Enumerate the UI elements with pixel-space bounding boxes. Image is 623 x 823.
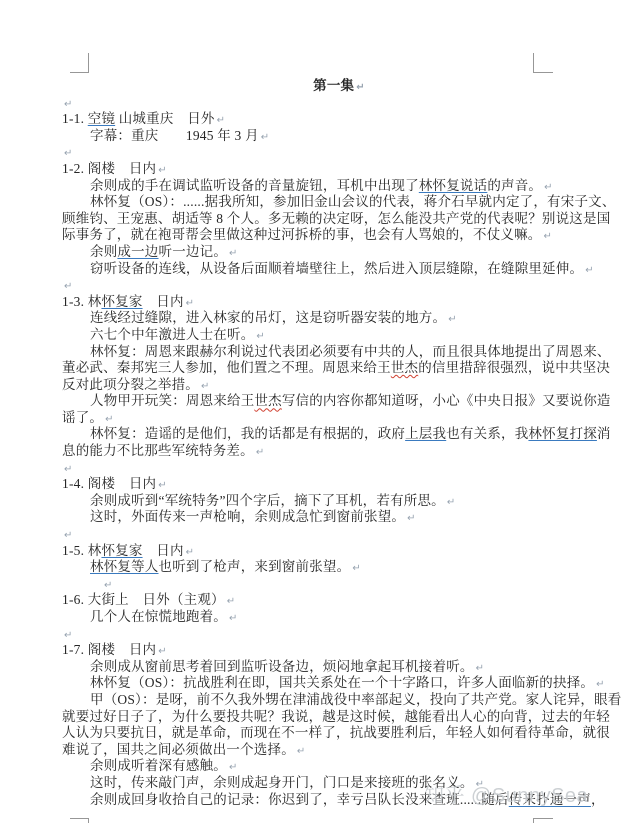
script-line: ↵: [62, 95, 616, 112]
paragraph-mark-icon: ↵: [105, 414, 114, 425]
script-text: 谣了。: [62, 410, 103, 425]
script-text: 1-7. 阁楼 日内: [62, 642, 156, 657]
script-text: 的信里措辞很强烈，说中共坚决: [418, 360, 610, 375]
script-text: 余则: [90, 244, 117, 259]
script-line: ↵: [62, 526, 616, 543]
paragraph-mark-icon: ↵: [227, 596, 236, 607]
script-line: 余则成一边听一边记。↵: [62, 244, 616, 261]
script-text-blue-underlined: 林怀复说话: [419, 178, 488, 193]
paragraph-mark-icon: ↵: [64, 148, 73, 159]
paragraph-mark-icon: ↵: [297, 746, 306, 757]
script-text-blue-underlined: 林怀复打探: [528, 426, 597, 441]
script-line: 余则成听着深有感触。↵: [62, 758, 616, 775]
paragraph-mark-icon: ↵: [104, 580, 113, 591]
script-line: 余则成听到“军统特务”四个字后，摘下了耳机，若有所思。↵: [62, 493, 616, 510]
script-line: ↵: [62, 277, 616, 294]
script-text: 这时，外面传来一声枪响，余则成急忙到窗前张望。: [90, 509, 405, 524]
script-text: 字幕：重庆 1945 年 3 月: [90, 128, 259, 143]
script-text: 也有关系，我: [446, 426, 528, 441]
paragraph-mark-icon: ↵: [261, 132, 270, 143]
script-text: 消: [597, 426, 611, 441]
script-text-blue-underlined: 怀复家: [101, 543, 142, 558]
script-line: 林怀复：造谣的是他们，我的话都是有根据的，政府上层我也有关系，我林怀复打探消: [62, 426, 616, 443]
script-text: 几个人在惊慌地跑着。: [90, 609, 227, 624]
script-line: ↵: [62, 576, 616, 593]
script-line: 林怀复等人也听到了枪声，来到窗前张望。↵: [62, 559, 616, 576]
script-line: 谣了。↵: [62, 410, 616, 427]
document-page: 第一集↵↵1-1. 空镜 山城重庆 日外↵字幕：重庆 1945 年 3 月↵↵1…: [0, 0, 623, 823]
script-line: 第一集↵: [62, 78, 616, 95]
script-text: 难说了，国共之间必须做出一个选择。: [62, 742, 295, 757]
script-text-blue-underlined: 怀复家: [101, 294, 142, 309]
paragraph-mark-icon: ↵: [585, 265, 594, 276]
paragraph-mark-icon: ↵: [229, 248, 238, 259]
script-line: 人认为只要抗日，就是革命，而现在不一样了，抗战要胜利后，年轻人如何看待革命，就很: [62, 725, 616, 742]
script-line: 就要过好日子了，为什么要投共呢？我说，越是这时候，越能看出人心的向背，过去的年轻: [62, 709, 616, 726]
script-text-body: 第一集↵↵1-1. 空镜 山城重庆 日外↵字幕：重庆 1945 年 3 月↵↵1…: [62, 78, 616, 808]
paragraph-mark-icon: ↵: [64, 99, 73, 110]
crop-mark-bottom-right-icon: [533, 818, 553, 823]
crop-mark-top-left-icon: [70, 53, 89, 73]
script-text: 1-4. 阁楼 日内: [62, 476, 156, 491]
script-text: 连线经过缝隙，进入林家的吊灯，这是窃听器安装的地方。: [90, 310, 446, 325]
paragraph-mark-icon: ↵: [476, 663, 485, 674]
paragraph-mark-icon: ↵: [201, 381, 210, 392]
script-line: 1-3. 林怀复家 日内↵: [62, 294, 616, 311]
script-text: 董必武、秦邦宪三人参加，他们置之不理。周恩来给王: [62, 360, 391, 375]
script-text: 际事务了，就在袍哥帮会里做这种过河拆桥的事，也会有人骂娘的，不仗义嘛。: [62, 227, 542, 242]
script-line: 六七个中年激进人士在听。↵: [62, 327, 616, 344]
paragraph-mark-icon: ↵: [596, 679, 605, 690]
script-text: 的声音。: [487, 178, 542, 193]
script-text: 1-2. 阁楼 日内: [62, 161, 156, 176]
paragraph-mark-icon: ↵: [352, 563, 361, 574]
paragraph-mark-icon: ↵: [64, 281, 73, 292]
script-text: 1-3. 林: [62, 294, 101, 309]
paragraph-mark-icon: ↵: [158, 646, 167, 657]
script-text-blue-underlined: 林怀复等人: [90, 559, 159, 574]
script-line: 林怀复：周恩来跟赫尔利说过代表团必须要有中共的人，而且很具体地提出了周恩来、: [62, 344, 616, 361]
script-line: 1-5. 林怀复家 日内↵: [62, 543, 616, 560]
crop-mark-top-right-icon: [533, 53, 553, 73]
paragraph-mark-icon: ↵: [544, 182, 553, 193]
paragraph-mark-icon: ↵: [158, 165, 167, 176]
script-text-red-underlined: 世杰: [391, 360, 418, 375]
script-text: 听一边记。: [159, 244, 228, 259]
script-text: 日内: [143, 543, 184, 558]
paragraph-mark-icon: ↵: [447, 497, 456, 508]
paragraph-mark-icon: ↵: [256, 447, 265, 458]
script-line: 际事务了，就在袍哥帮会里做这种过河拆桥的事，也会有人骂娘的，不仗义嘛。↵: [62, 227, 616, 244]
script-text: 息的能力不比那些军统特务差。: [62, 443, 254, 458]
script-text: 反对此项分裂之举措。: [62, 377, 199, 392]
script-line: 1-7. 阁楼 日内↵: [62, 642, 616, 659]
watermark: 知乎 @SunnySea: [424, 779, 588, 808]
script-line: 窃听设备的连线，从设备后面顺着墙壁往上，然后进入顶层缝隙，在缝隙里延伸。↵: [62, 261, 616, 278]
paragraph-mark-icon: ↵: [544, 231, 553, 242]
paragraph-mark-icon: ↵: [186, 547, 195, 558]
script-text: 顾维钧、王宠惠、胡适等 8 个人。多无赖的决定呀，怎么能没共产党的代表呢？别说这…: [62, 211, 610, 226]
script-text: 人认为只要抗日，就是革命，而现在不一样了，抗战要胜利后，年轻人如何看待革命，就很: [62, 725, 610, 740]
script-text: 林怀复（OS）：......据我所知，参加旧金山会议的代表，蒋介石早就内定了，有…: [90, 194, 616, 209]
crop-mark-bottom-left-icon: [70, 818, 89, 823]
script-line: 1-1. 空镜 山城重庆 日外↵: [62, 111, 616, 128]
script-text: 窃听设备的连线，从设备后面顺着墙壁往上，然后进入顶层缝隙，在缝隙里延伸。: [90, 261, 583, 276]
paragraph-mark-icon: ↵: [158, 480, 167, 491]
script-text: 日内: [143, 294, 184, 309]
script-text: 甲（OS）：是呀，前不久我外甥在津浦战役中率部起义，投向了共产党。家人诧异，眼看: [90, 692, 622, 707]
paragraph-mark-icon: ↵: [64, 530, 73, 541]
script-line: ↵: [62, 460, 616, 477]
script-line: 1-6. 大街上 日外（主观）↵: [62, 592, 616, 609]
script-text: 1-6. 大街上 日外（主观）: [62, 592, 225, 607]
script-line: 几个人在惊慌地跑着。↵: [62, 609, 616, 626]
script-line: 连线经过缝隙，进入林家的吊灯，这是窃听器安装的地方。↵: [62, 310, 616, 327]
script-line: 字幕：重庆 1945 年 3 月↵: [62, 128, 616, 145]
paragraph-mark-icon: ↵: [229, 613, 238, 624]
script-text: 余则成从窗前思考着回到监听设备边，烦闷地拿起耳机接着听。: [90, 659, 474, 674]
script-text: 林怀复：造谣的是他们，我的话都是有根据的，政府: [90, 426, 405, 441]
script-line: 林怀复（OS）：抗战胜利在即，国共关系处在一个十字路口，许多人面临新的抉择。↵: [62, 675, 616, 692]
script-line: 反对此项分裂之举措。↵: [62, 377, 616, 394]
paragraph-mark-icon: ↵: [64, 630, 73, 641]
paragraph-mark-icon: ↵: [407, 513, 416, 524]
script-text: 余则成的手在调试监听设备的音量旋钮，耳机中出现了: [90, 178, 419, 193]
script-text: 余则成听到“军统特务”四个字后，摘下了耳机，若有所思。: [90, 493, 445, 508]
script-line: 董必武、秦邦宪三人参加，他们置之不理。周恩来给王世杰的信里措辞很强烈，说中共坚决: [62, 360, 616, 377]
paragraph-mark-icon: ↵: [186, 298, 195, 309]
script-text: 山城重庆 日外: [115, 111, 214, 126]
script-text-blue-underlined: 上层我: [405, 426, 446, 441]
paragraph-mark-icon: ↵: [64, 464, 73, 475]
script-text: 1-1.: [62, 111, 88, 126]
script-line: 人物甲开玩笑：周恩来给王世杰写信的内容你都知道呀，小心《中央日报》又要说你造: [62, 393, 616, 410]
paragraph-mark-icon: ↵: [229, 762, 238, 773]
script-text-blue-underlined: 成一边: [117, 244, 158, 259]
script-line: 难说了，国共之间必须做出一个选择。↵: [62, 742, 616, 759]
script-text: 人物甲开玩笑：周恩来给王: [90, 393, 254, 408]
script-text-red-underlined: 世杰: [254, 393, 281, 408]
script-line: ↵: [62, 144, 616, 161]
script-text: 第一集: [313, 78, 354, 93]
script-line: 甲（OS）：是呀，前不久我外甥在津浦战役中率部起义，投向了共产党。家人诧异，眼看: [62, 692, 616, 709]
script-text: ，: [591, 792, 605, 807]
script-line: 1-2. 阁楼 日内↵: [62, 161, 616, 178]
script-text-blue-underlined: 空镜: [88, 111, 115, 126]
paragraph-mark-icon: ↵: [217, 115, 226, 126]
script-line: 1-4. 阁楼 日内↵: [62, 476, 616, 493]
script-text: 就要过好日子了，为什么要投共呢？我说，越是这时候，越能看出人心的向背，过去的年轻: [62, 709, 610, 724]
script-text: 也听到了枪声，来到窗前张望。: [159, 559, 351, 574]
script-line: 余则成从窗前思考着回到监听设备边，烦闷地拿起耳机接着听。↵: [62, 659, 616, 676]
script-line: 息的能力不比那些军统特务差。↵: [62, 443, 616, 460]
paragraph-mark-icon: ↵: [356, 82, 365, 93]
script-line: 林怀复（OS）：......据我所知，参加旧金山会议的代表，蒋介石早就内定了，有…: [62, 194, 616, 211]
script-line: ↵: [62, 626, 616, 643]
script-text: 写信的内容你都知道呀，小心《中央日报》又要说你造: [282, 393, 611, 408]
paragraph-mark-icon: ↵: [448, 314, 457, 325]
script-line: 余则成的手在调试监听设备的音量旋钮，耳机中出现了林怀复说话的声音。↵: [62, 178, 616, 195]
script-text: 林怀复：周恩来跟赫尔利说过代表团必须要有中共的人，而且很具体地提出了周恩来、: [90, 344, 611, 359]
script-text: 六七个中年激进人士在听。: [90, 327, 254, 342]
script-text: 这时，传来敲门声，余则成起身开门，门口是来接班的张名义。: [90, 775, 474, 790]
paragraph-mark-icon: ↵: [256, 331, 265, 342]
script-text: 1-5. 林: [62, 543, 101, 558]
script-text: 林怀复（OS）：抗战胜利在即，国共关系处在一个十字路口，许多人面临新的抉择。: [90, 675, 594, 690]
script-text: 余则成听着深有感触。: [90, 758, 227, 773]
script-line: 这时，外面传来一声枪响，余则成急忙到窗前张望。↵: [62, 509, 616, 526]
script-line: 顾维钧、王宠惠、胡适等 8 个人。多无赖的决定呀，怎么能没共产党的代表呢？别说这…: [62, 211, 616, 228]
